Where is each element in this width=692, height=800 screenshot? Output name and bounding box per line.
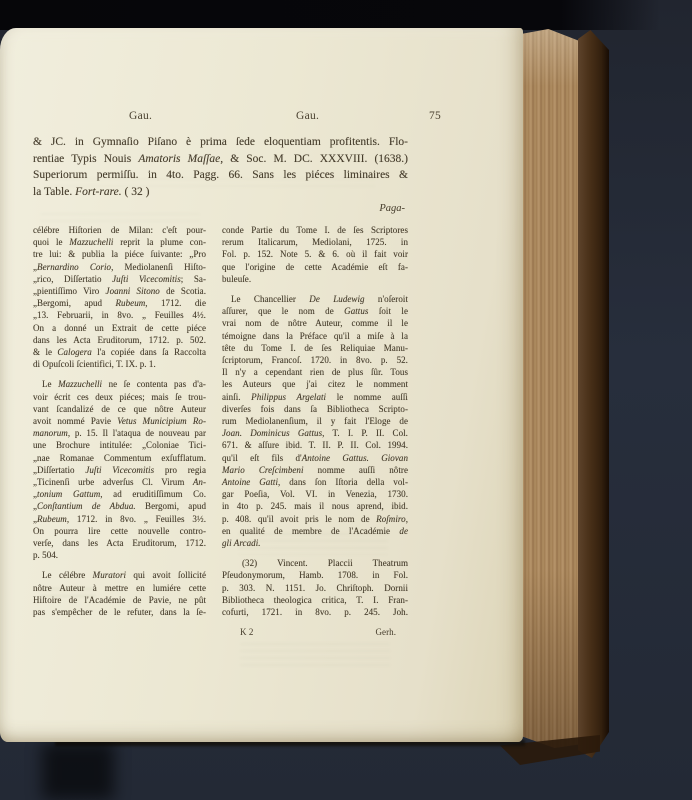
text-line: célébre Hiſtorien de Milan: c'eſt pour- [33, 224, 206, 236]
text-line: avoit nommé Pavie Vetus Municipium Ro- [33, 415, 206, 427]
text-line: Bibliotheca theologica critica, T. I. Fr… [222, 594, 408, 606]
text-line: in 4to p. 245. mais il nous aprend, ibid… [222, 500, 408, 512]
text-line: tre lui: & publia la piéce ſuivante: „Pr… [33, 248, 206, 260]
text-line: rum Mediolanenſium, il y fait l'Eloge de [222, 415, 408, 427]
text-line: Le Mazzuchelli ne ſe contenta pas d'a- [33, 378, 206, 390]
intro-paragraph: & JC. in Gymnaſio Piſano è prima ſede el… [33, 134, 408, 208]
text-line: gli Arcadi. [222, 537, 408, 549]
text-line: „nae Romanae Commentum exſufflatum. [33, 452, 206, 464]
paragraph: Le Mazzuchelli ne ſe contenta pas d'a-vo… [33, 378, 206, 561]
text-line: „tonium Gattum, ad eruditiſſimum Co. [33, 488, 206, 500]
text-line: que l'origine de cette Académie eſt fa- [222, 261, 408, 273]
text-line: quoi le Mazzuchelli reprit la plume con- [33, 236, 206, 248]
ink-bleedthrough [40, 213, 200, 223]
text-line: manorum, p. 15. Il l'ataqua de nouveau p… [33, 427, 206, 439]
text-line: vrai nom de nôtre Auteur, comme il le [222, 317, 408, 329]
text-line: Hiſtoire de l'Académie de Pavie, ne pût [33, 594, 206, 606]
text-line: ainſi. Philippus Argelati le nomme auſſi [222, 391, 408, 403]
text-line: Le Chancellier De Ludewig n'oſeroit [222, 293, 408, 305]
text-line: tête du Tome I. de ſes Reliquiae Manu- [222, 342, 408, 354]
text-line: „pientiſſimo Viro Joanni Sitono de Scoti… [33, 285, 206, 297]
right-column: conde Partie du Tome I. de ſes Scriptore… [222, 224, 408, 639]
text-line: p. 504. [33, 549, 206, 561]
text-line: & le Calogera l'a copiée dans ſa Raccolt… [33, 346, 206, 358]
text-line: conde Partie du Tome I. de ſes Scriptore… [222, 224, 408, 236]
text-line: & JC. in Gymnaſio Piſano è prima ſede el… [33, 134, 408, 151]
book-fore-edge [521, 29, 582, 748]
photo-background: Gau. Gau. 75 & JC. in Gymnaſio Piſano è … [0, 0, 692, 800]
text-line: qu'il eſt fils d'Antoine Gattus. Giovan [222, 452, 408, 464]
text-line: une Brochure intitulée: „Coloniae Tici- [33, 439, 206, 451]
text-line: (32) Vincent. Placcii Theatrum [222, 557, 408, 569]
background-top-band [0, 0, 660, 30]
text-line: gar Poeſia, Vol. VI. in Venezia, 1730. [222, 488, 408, 500]
text-line: voir écrit ces deux piéces; mais ſe trou… [33, 391, 206, 403]
text-line: ſcriptorum, Francoſ. 1720. in 8vo. p. 52… [222, 354, 408, 366]
signature-row: K 2Gerh. [222, 626, 408, 638]
text-line: diverſes fois dans ſa Bibliotheca Script… [222, 403, 408, 415]
text-line: Superiorum permiſſu. in 4to. Pagg. 66. S… [33, 167, 408, 184]
running-title-left: Gau. [129, 110, 152, 122]
catchword-bottom: Gerh. [376, 626, 397, 638]
text-line: „Conſtantium de Abdua. Bergomi, apud [33, 500, 206, 512]
paragraph: conde Partie du Tome I. de ſes Scriptore… [222, 224, 408, 285]
text-line: p. 303. N. 1151. Jo. Chriſtoph. Dornii [222, 582, 408, 594]
text-line: 671. & aſſure ibid. T. II. P. II. Col. 1… [222, 439, 408, 451]
text-line: „Ticinenſi urbe adverſus Cl. Virum An- [33, 476, 206, 488]
text-line: di Opuſcoli ſcientifici, T. IX. p. 1. [33, 358, 206, 370]
text-line: cofurti, 1721. in 8vo. p. 245. Joh. [222, 606, 408, 618]
book-cover [578, 30, 609, 758]
page-number: 75 [429, 110, 441, 122]
paragraph: célébre Hiſtorien de Milan: c'eſt pour-q… [33, 224, 206, 370]
signature-mark: K 2 [240, 626, 253, 638]
catchword-top: Paga- [33, 203, 405, 214]
text-line: „Bernardino Corio, Mediolanenſi Hiſto- [33, 261, 206, 273]
text-line: rentiae Typis Nouis Amatoris Maſſae, & S… [33, 151, 408, 168]
text-line: On pourra lire cette nouvelle contro- [33, 525, 206, 537]
paragraph: Le Chancellier De Ludewig n'oſeroitaſſur… [222, 293, 408, 549]
text-line: p. 408. qu'il avoit pris le nom de Roſmi… [222, 513, 408, 525]
running-title-right: Gau. [296, 110, 319, 122]
text-line: verſe, dans les Acta Eruditorum, 1712. [33, 537, 206, 549]
text-line: Fol. p. 152. Note 5. & 6. où il fait voi… [222, 248, 408, 260]
text-line: en qualité de membre de l'Académie de [222, 525, 408, 537]
book-page: Gau. Gau. 75 & JC. in Gymnaſio Piſano è … [0, 28, 523, 742]
text-line: aſſurer, que le nom de Gattus ſoit le [222, 305, 408, 317]
text-line: nôtre Auteur à mettre en lumiére cette [33, 582, 206, 594]
text-line: pas s'empêcher de le refuter, dans la ſe… [33, 606, 206, 618]
text-line: vant ſcandalizé de ce que nôtre Auteur [33, 403, 206, 415]
paragraph: (32) Vincent. Placcii TheatrumPſeudonymo… [222, 557, 408, 618]
text-line: Pſeudonymorum, Hamb. 1708. in Fol. [222, 569, 408, 581]
text-line: „Rubeum, 1712. in 8vo. „ Feuilles 3½. [33, 513, 206, 525]
left-column: célébre Hiſtorien de Milan: c'eſt pour-q… [33, 224, 206, 626]
text-line: Il n'y a cependant rien de plus ſûr. Tou… [222, 366, 408, 378]
text-line: Le célébre Muratori qui avoit ſollicité [33, 569, 206, 581]
text-line: „Bergomi, apud Rubeum, 1712. die [33, 297, 206, 309]
ink-bleedthrough [240, 643, 390, 669]
paragraph: Le célébre Muratori qui avoit ſollicitén… [33, 569, 206, 618]
text-line: rerum Italicarum, Mediolani, 1725. in [222, 236, 408, 248]
text-line: la Table. Fort-rare. ( 32 ) [33, 184, 408, 201]
text-line: témoigne dans la Préface qu'il a miſe à … [222, 330, 408, 342]
text-line: „Diſſertatio Juſti Vicecomitis pro regia [33, 464, 206, 476]
text-line: dans les Acta Eruditorum, 1712. p. 502. [33, 334, 206, 346]
paragraph: & JC. in Gymnaſio Piſano è prima ſede el… [33, 134, 408, 200]
cast-shadow [42, 742, 114, 800]
text-line: les Auteurs que j'ai citez le nomment [222, 378, 408, 390]
text-line: Joan. Dominicus Gattus, T. I. P. II. Col… [222, 427, 408, 439]
text-line: On a donné un Extrait de cette piéce [33, 322, 206, 334]
text-line: Antoine Gatti, dans ſon Iſtoria della vo… [222, 476, 408, 488]
text-line: „rico, Diſſertatio Juſti Vicecomitis; Sa… [33, 273, 206, 285]
text-line: „13. Februarii, in 8vo. „ Feuilles 4½. [33, 309, 206, 321]
text-line: buleuſe. [222, 273, 408, 285]
text-line: Mario Creſcimbeni nomme auſſi nôtre [222, 464, 408, 476]
